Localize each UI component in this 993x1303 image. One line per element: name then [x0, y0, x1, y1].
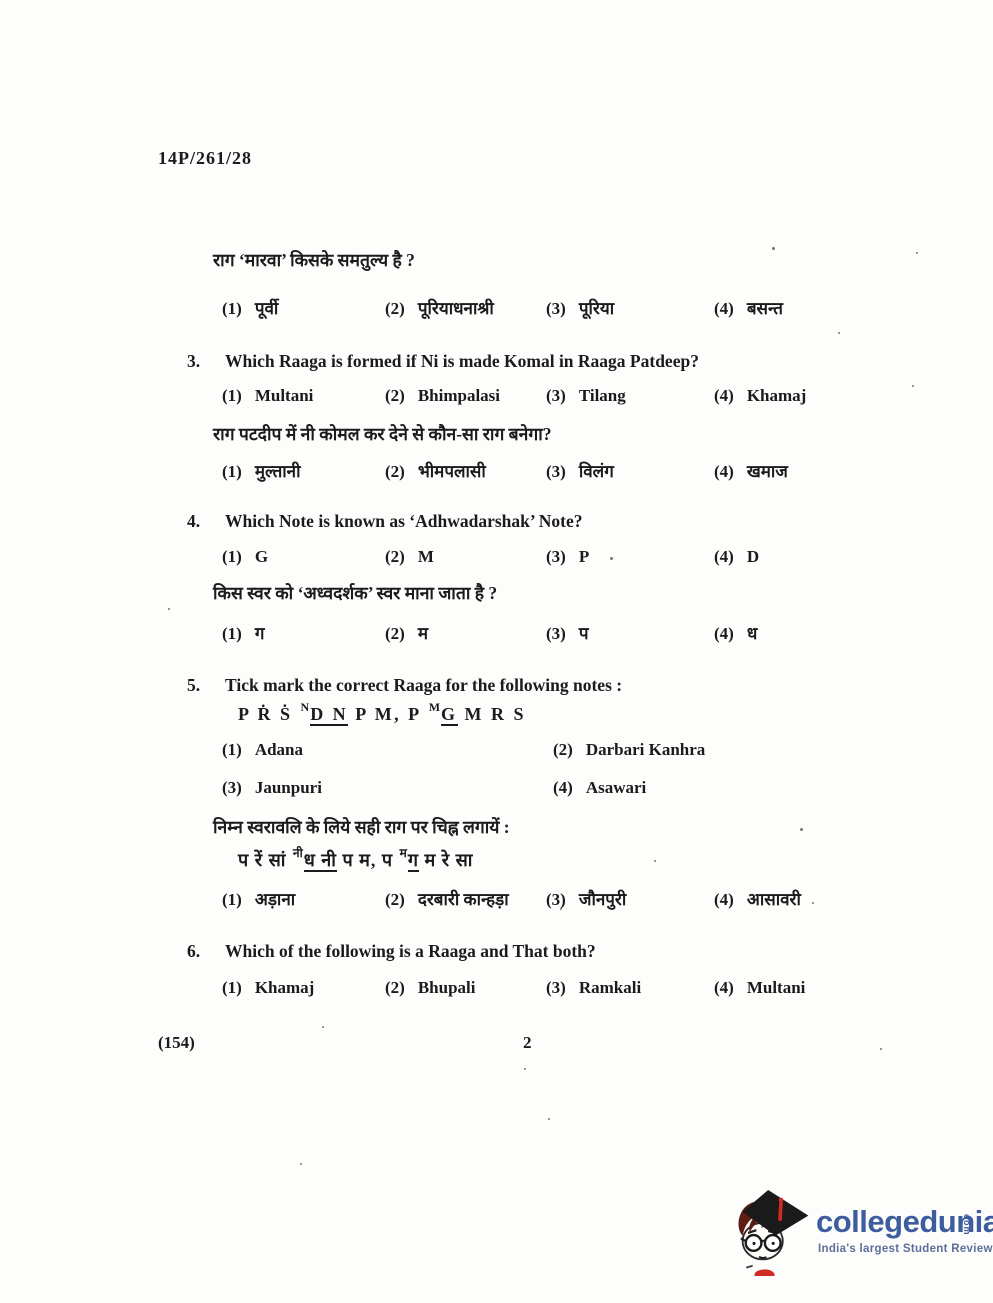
option-number: (2): [385, 547, 405, 566]
q5-question-en: 5.Tick mark the correct Raaga for the fo…: [187, 675, 622, 696]
option-label: Bhupali: [418, 978, 476, 997]
q6-question-en: 6.Which of the following is a Raaga and …: [187, 941, 596, 962]
q4-question-en: 4.Which Note is known as ‘Adhwadarshak’ …: [187, 511, 583, 532]
option-label: Bhimpalasi: [418, 386, 500, 405]
question-text: Which Note is known as ‘Adhwadarshak’ No…: [225, 511, 583, 531]
option: (4)ध: [714, 621, 757, 644]
scan-speck: [610, 557, 613, 560]
option-number: (4): [714, 624, 734, 643]
scan-speck: [812, 902, 814, 904]
question-number: 5.: [187, 675, 225, 696]
option: (1)अड़ाना: [222, 887, 295, 910]
option: (4)Multani: [714, 978, 805, 998]
scan-speck: [916, 252, 918, 254]
option-label: विलंग: [579, 462, 614, 481]
scan-speck: [838, 332, 840, 334]
question-number: 3.: [187, 351, 225, 372]
option-label: P: [579, 547, 589, 566]
question-text: Which Raaga is formed if Ni is made Koma…: [225, 351, 699, 371]
option: (1)पूर्वी: [222, 296, 278, 319]
q4-question-hi: किस स्वर को ‘अध्वदर्शक’ स्वर माना जाता ह…: [213, 581, 497, 605]
notation-komal-segment: ध नी: [304, 850, 337, 872]
q3-question-hi: राग पटदीप में नी कोमल कर देने से कौन-सा …: [213, 422, 552, 446]
option: (2)पूरियाधनाश्री: [385, 296, 494, 319]
page-number: 2: [523, 1033, 532, 1053]
option-label: दरबारी कान्हड़ा: [418, 890, 509, 909]
option: (4)आसावरी: [714, 887, 801, 910]
option-number: (4): [714, 978, 734, 997]
scan-speck: [168, 608, 170, 610]
notation-segment: प रें सां: [238, 850, 292, 870]
q6-options-en-row: (1)Khamaj (2)Bhupali (3)Ramkali (4)Multa…: [222, 978, 872, 1004]
option: (4)खमाज: [714, 459, 788, 482]
scan-speck: [772, 247, 775, 250]
option-number: (1): [222, 978, 242, 997]
option-label: जौनपुरी: [579, 890, 626, 909]
scan-speck: [722, 988, 724, 990]
option-label: Khamaj: [255, 978, 315, 997]
option-label: प: [579, 624, 589, 643]
option-number: (4): [714, 386, 734, 405]
option-number: (4): [714, 890, 734, 909]
mascot-icon: [728, 1188, 812, 1276]
option-number: (4): [714, 547, 734, 566]
scan-speck: [300, 1163, 302, 1165]
option-number: (1): [222, 386, 242, 405]
option-number: (1): [222, 462, 242, 481]
option: (2)M: [385, 547, 434, 567]
q3-question-en: 3.Which Raaga is formed if Ni is made Ko…: [187, 351, 699, 372]
option-label: ग: [255, 624, 265, 643]
option-number: (2): [553, 740, 573, 759]
q5-options-hi-row: (1)अड़ाना (2)दरबारी कान्हड़ा (3)जौनपुरी …: [222, 887, 872, 913]
notation-superscript: म: [400, 846, 407, 860]
option-label: M: [418, 547, 434, 566]
question-number: 6.: [187, 941, 225, 962]
question-number: 4.: [187, 511, 225, 532]
option: (2)म: [385, 621, 428, 644]
q5-options-en-row1: (1)Adana (2)Darbari Kanhra: [222, 740, 872, 766]
option: (1)G: [222, 547, 268, 567]
option-label: खमाज: [747, 462, 788, 481]
option-number: (2): [385, 299, 405, 318]
option-label: Jaunpuri: [255, 778, 322, 797]
option-number: (1): [222, 547, 242, 566]
option-label: पूर्वी: [255, 299, 279, 318]
q2-hindi-options-row: (1)पूर्वी (2)पूरियाधनाश्री (3)पूरिया (4)…: [222, 296, 872, 322]
option-number: (3): [546, 624, 566, 643]
option-label: Darbari Kanhra: [586, 740, 705, 759]
option-label: Adana: [255, 740, 303, 759]
notation-segment: म रे सा: [419, 850, 473, 870]
brand-domain: com: [962, 1214, 972, 1236]
option-number: (3): [546, 890, 566, 909]
option-number: (2): [385, 890, 405, 909]
notation-komal-segment: G: [441, 704, 458, 726]
option: (3)जौनपुरी: [546, 887, 626, 910]
option: (1)Multani: [222, 386, 313, 406]
option-label: Asawari: [586, 778, 646, 797]
option: (3)Tilang: [546, 386, 626, 406]
option-label: Khamaj: [747, 386, 807, 405]
notation-segment: M R S: [458, 704, 527, 724]
scan-speck: [322, 1026, 324, 1028]
option-label: बसन्त: [747, 299, 783, 318]
option-number: (2): [385, 624, 405, 643]
option: (1)ग: [222, 621, 264, 644]
option-number: (1): [222, 740, 242, 759]
option-number: (2): [385, 462, 405, 481]
option-number: (3): [546, 386, 566, 405]
option-number: (4): [714, 462, 734, 481]
option: (3)Ramkali: [546, 978, 641, 998]
option-label: Multani: [255, 386, 314, 405]
option-number: (3): [546, 462, 566, 481]
option-label: भीमपलासी: [418, 462, 486, 481]
option-number: (4): [553, 778, 573, 797]
option-label: अड़ाना: [255, 890, 295, 909]
paper-code: 14P/261/28: [158, 148, 252, 169]
series-code: (154): [158, 1033, 195, 1053]
option-number: (3): [546, 547, 566, 566]
option-label: पूरिया: [579, 299, 614, 318]
option: (2)दरबारी कान्हड़ा: [385, 887, 509, 910]
option: (4)Khamaj: [714, 386, 806, 406]
q5-question-hi: निम्न स्वरावलि के लिये सही राग पर चिह्न …: [213, 815, 510, 839]
notation-superscript: N: [301, 700, 310, 714]
notation-segment: प म, प: [337, 850, 399, 870]
option-number: (3): [546, 299, 566, 318]
option: (2)Bhupali: [385, 978, 475, 998]
option: (1)मुल्तानी: [222, 459, 301, 482]
scan-speck: [524, 1068, 526, 1070]
option-number: (3): [222, 778, 242, 797]
option-number: (2): [385, 978, 405, 997]
brand-logo: collegedunia com India's largest Student…: [728, 1188, 990, 1276]
option-number: (4): [714, 299, 734, 318]
option: (1)Khamaj: [222, 978, 314, 998]
option-number: (3): [546, 978, 566, 997]
q3-options-en-row: (1)Multani (2)Bhimpalasi (3)Tilang (4)Kh…: [222, 386, 872, 412]
option-label: Tilang: [579, 386, 626, 405]
notation-segment: P M, P: [348, 704, 428, 724]
notation-segment: P Ṙ Ṡ: [238, 704, 300, 724]
question-text: Which of the following is a Raaga and Th…: [225, 941, 596, 961]
scanned-exam-page: 14P/261/28 राग ‘मारवा’ किसके समतुल्य है …: [0, 0, 993, 1303]
option: (3)पूरिया: [546, 296, 614, 319]
option-label: पूरियाधनाश्री: [418, 299, 494, 318]
q5-notation-hi: प रें सां नीध नी प म, प मग म रे सा: [238, 846, 473, 872]
option-label: G: [255, 547, 268, 566]
option-number: (1): [222, 624, 242, 643]
brand-tagline: India's largest Student Review Platform: [818, 1243, 993, 1255]
option: (4)बसन्त: [714, 296, 783, 319]
scan-speck: [654, 860, 656, 862]
q2-hindi-question: राग ‘मारवा’ किसके समतुल्य है ?: [213, 248, 415, 272]
option: (2)Darbari Kanhra: [553, 740, 705, 760]
scan-speck: [548, 1118, 550, 1120]
scan-speck: [912, 385, 914, 387]
option-label: ध: [747, 624, 757, 643]
scan-speck: [800, 828, 803, 831]
option-label: Multani: [747, 978, 806, 997]
option-number: (2): [385, 386, 405, 405]
option: (4)D: [714, 547, 759, 567]
option-label: D: [747, 547, 759, 566]
scan-speck: [560, 908, 562, 910]
notation-superscript: नी: [293, 846, 303, 860]
q4-options-en-row: (1)G (2)M (3)P (4)D: [222, 547, 872, 573]
option: (3)Jaunpuri: [222, 778, 322, 798]
option: (3)विलंग: [546, 459, 614, 482]
option-number: (1): [222, 299, 242, 318]
q5-notation-en: P Ṙ Ṡ ND N P M, P MG M R S: [238, 702, 526, 725]
q3-options-hi-row: (1)मुल्तानी (2)भीमपलासी (3)विलंग (4)खमाज: [222, 459, 872, 485]
option-label: आसावरी: [747, 890, 801, 909]
option: (2)भीमपलासी: [385, 459, 486, 482]
option-label: म: [418, 624, 428, 643]
option-label: मुल्तानी: [255, 462, 301, 481]
option: (1)Adana: [222, 740, 303, 760]
option: (3)प: [546, 621, 588, 644]
option-number: (1): [222, 890, 242, 909]
q5-options-en-row2: (3)Jaunpuri (4)Asawari: [222, 778, 872, 804]
option: (3)P: [546, 547, 589, 567]
scan-speck: [880, 1048, 882, 1050]
question-text: Tick mark the correct Raaga for the foll…: [225, 675, 622, 695]
notation-komal-segment: D N: [310, 704, 348, 726]
notation-komal-segment: ग: [408, 850, 419, 872]
q4-options-hi-row: (1)ग (2)म (3)प (4)ध: [222, 621, 872, 647]
option: (2)Bhimpalasi: [385, 386, 500, 406]
notation-superscript: M: [429, 700, 440, 714]
option-label: Ramkali: [579, 978, 641, 997]
option: (4)Asawari: [553, 778, 646, 798]
